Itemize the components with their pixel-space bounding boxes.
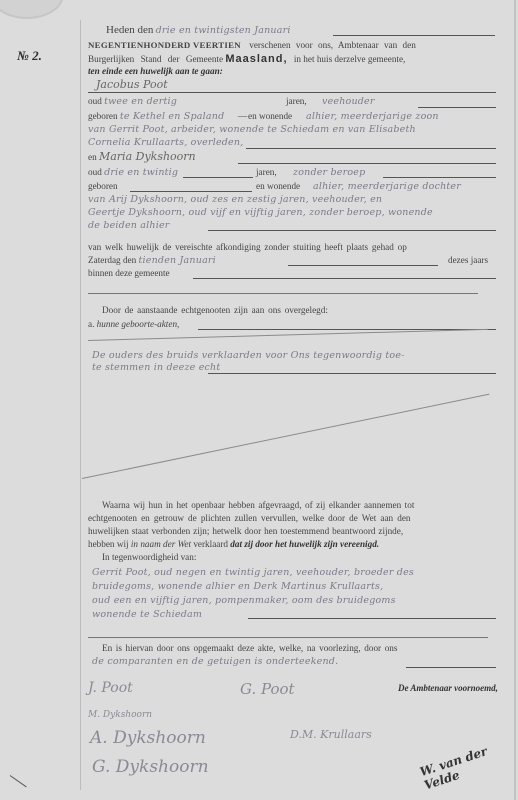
act-number: № 2. — [17, 48, 42, 64]
groom-birth-line: geboren te Kethel en Spaland — en wonend… — [88, 111, 224, 122]
ceremony-text-3: huwelijken staat verbonden zijn; hetwelk… — [88, 526, 403, 536]
proclamation-date: tienden Januari — [139, 255, 216, 266]
fill-line — [193, 278, 496, 279]
binnen-text: binnen deze gemeente — [88, 268, 170, 278]
fill-line — [383, 177, 496, 178]
fill-line — [208, 373, 496, 374]
bride-parents-1: van Arij Dykshoorn, oud zes en zestig ja… — [88, 194, 382, 205]
groom-parents-2: Cornelia Krullaarts, overleden, — [88, 137, 243, 148]
signature-witness-1: G. Poot — [240, 680, 295, 698]
bride-residence: alhier, meerderjarige dochter — [313, 181, 461, 192]
groom-parents-1: van Gerrit Poot, arbeider, wonende te Sc… — [88, 124, 416, 135]
signature-official: W. van der Velde — [418, 736, 518, 793]
jaren-label: jaren, — [256, 167, 277, 177]
witness-text-4: wonende te Schiedam — [92, 609, 202, 620]
fill-line — [88, 92, 496, 93]
year-text: NEGENTIENHONDERD VEERTIEN — [88, 40, 241, 50]
signature-witness-2: D.M. Krullaars — [290, 728, 372, 741]
fill-line — [288, 265, 438, 266]
groom-occupation: veehouder — [322, 96, 375, 107]
appeared-text: verschenen voor ons, Ambtenaar van den — [249, 40, 416, 50]
in-naam-der-wet: in naam der Wet — [131, 539, 191, 549]
ceremony-text-1: Waarna wij hun in het openbaar hebben af… — [102, 500, 496, 510]
oud-label: oud — [88, 96, 102, 106]
fill-line — [130, 191, 252, 192]
marriage-date: drie en twintigsten Januari — [156, 25, 291, 36]
signature-bride: M. Dykshoorn — [88, 710, 152, 720]
verklaard: verklaard — [193, 539, 228, 549]
witnesses-intro: In tegenwoordigheid van: — [102, 552, 196, 562]
united-declaration: dat zij door het huwelijk zijn vereenigd… — [230, 539, 379, 549]
bride-name-line: en Maria Dykshoorn — [88, 150, 196, 163]
wonende-label: en wonende — [256, 181, 300, 191]
signature-bride-father: A. Dykshoorn — [90, 728, 206, 748]
strike-line — [88, 329, 488, 341]
fill-line — [208, 230, 496, 231]
house-text: in het huis derzelve gemeente, — [294, 54, 405, 64]
heden-label: Heden den — [106, 24, 153, 36]
hebben-wij: hebben wij — [88, 539, 129, 549]
document-item-a: a. hunne geboorte-akten, — [88, 319, 179, 329]
fill-line — [246, 148, 496, 149]
bride-birth-line: geboren en wonende alhier, meerderjarige… — [88, 181, 118, 191]
birth-certificates-text: hunne geboorte-akten, — [97, 319, 180, 329]
closing-text-1: En is hiervan door ons opgemaakt deze ak… — [102, 643, 397, 653]
signature-groom: J. Poot — [88, 680, 133, 696]
civil-registry-text: Burgerlijken Stand der Gemeente — [88, 54, 223, 64]
margin-rule — [80, 20, 81, 790]
ceremony-text-2: echtgenooten en getrouw de plichten zull… — [88, 513, 411, 523]
geboren-label: geboren — [88, 111, 118, 121]
geboren-label: geboren — [88, 181, 118, 191]
ceremony-text-4: hebben wij in naam der Wet verklaard dat… — [88, 539, 379, 549]
bride-parents-2: Geertje Dykshoorn, oud vijf en vijftig j… — [88, 207, 433, 218]
proclamation-date-line: Zaterdag den tienden Januari dezes jaars — [88, 255, 216, 266]
fill-line — [406, 667, 496, 668]
section-divider — [88, 293, 478, 294]
en-label: en — [88, 152, 97, 162]
fill-line — [333, 35, 495, 36]
witness-text-2: bruidegoms, wonende alhier en Derk Marti… — [92, 581, 383, 592]
jaren-label: jaren, — [286, 96, 307, 106]
page-edge — [514, 0, 516, 800]
municipality-line: Burgerlijken Stand der Gemeente Maasland… — [88, 53, 405, 65]
bride-name: Maria Dykshoorn — [99, 150, 196, 163]
consent-declaration-1: De ouders des bruids verklaarden voor On… — [92, 350, 405, 361]
fill-line — [238, 163, 496, 164]
witness-text-1: Gerrit Poot, oud negen en twintig jaren,… — [92, 567, 414, 578]
closing-text-2: de comparanten en de getuigen is onderte… — [92, 656, 338, 667]
groom-age: twee en dertig — [104, 96, 177, 107]
consent-declaration-2: te stemmen in deeze echt — [92, 362, 220, 373]
heden-line: Heden den drie en twintigsten Januari — [106, 24, 291, 36]
oud-label: oud — [88, 167, 102, 177]
municipality-name: Maasland — [225, 53, 283, 65]
groom-name: Jacobus Poot — [96, 78, 168, 91]
archive-stamp — [0, 0, 64, 19]
item-prefix: a. — [88, 319, 94, 329]
bride-age: drie en twintig — [104, 167, 178, 178]
bride-parents-3: de beiden alhier — [88, 220, 170, 231]
corner-mark — [10, 775, 27, 787]
official-label: De Ambtenaar voornoemd, — [398, 683, 498, 693]
fill-line — [248, 618, 496, 619]
proclamation-text: van welk huwelijk de vereischte afkondig… — [88, 242, 407, 252]
groom-age-line: oud twee en dertig jaren, veehouder — [88, 96, 177, 107]
year-line: NEGENTIENHONDERD VEERTIEN verschenen voo… — [88, 40, 416, 50]
bride-occupation: zonder beroep — [293, 167, 365, 178]
marriage-record-page: № 2. Heden den drie en twintigsten Janua… — [0, 0, 518, 800]
zaterdag-label: Zaterdag den — [88, 255, 136, 265]
section-divider — [88, 637, 488, 638]
signature-bride-mother: G. Dykshoorn — [92, 757, 209, 777]
bride-age-line: oud drie en twintig jaren, zonder beroep — [88, 167, 178, 178]
strike-diagonal — [82, 394, 490, 479]
groom-birthplace: te Kethel en Spaland — [120, 111, 224, 122]
fill-line — [183, 177, 253, 178]
witness-text-3: oud een en vijftig jaren, pompenmaker, o… — [92, 595, 396, 606]
documents-intro: Door de aanstaande echtgenooten zijn aan… — [102, 305, 328, 315]
groom-residence: alhier, meerderjarige zoon — [306, 111, 439, 122]
fill-line — [418, 107, 496, 108]
dezes-jaars-label: dezes jaars — [448, 255, 488, 265]
purpose-text: ten einde een huwelijk aan te gaan: — [88, 66, 223, 76]
wonende-label: en wonende — [248, 111, 292, 121]
